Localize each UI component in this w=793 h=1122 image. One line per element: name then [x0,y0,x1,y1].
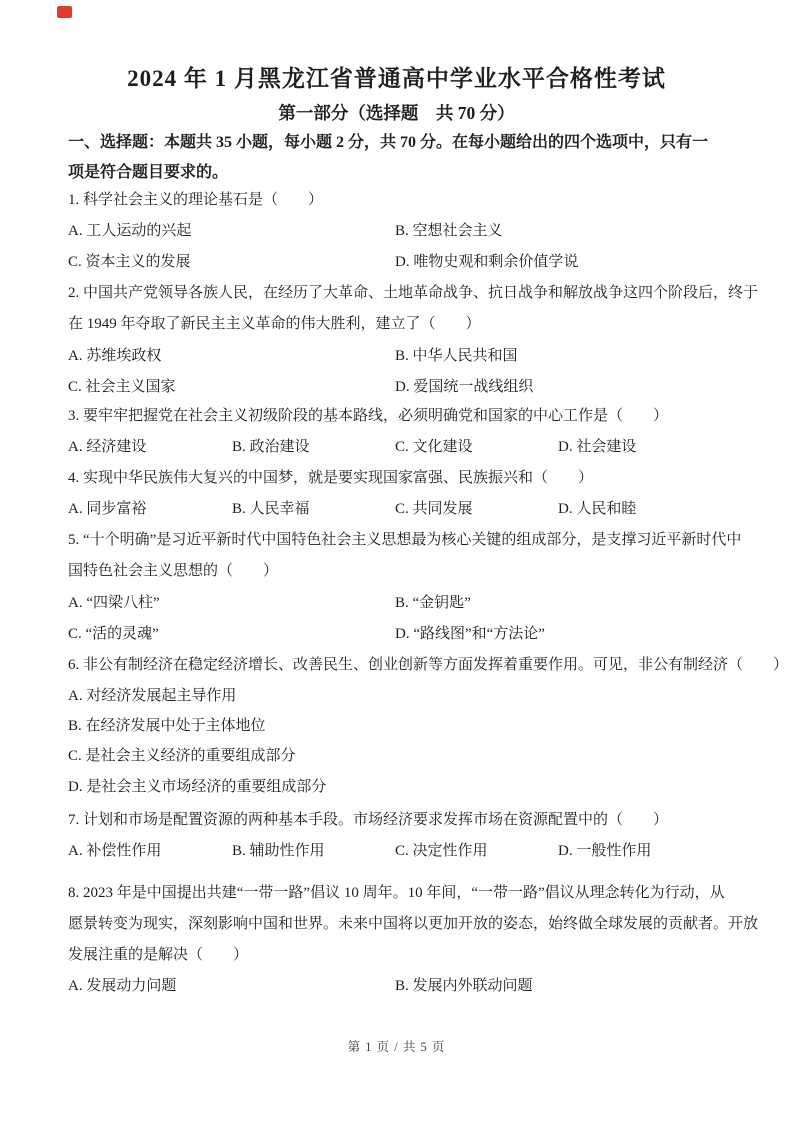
option-7c: C. 决定性作用 [395,840,488,862]
question-5-text-line-1: 5. “十个明确”是习近平新时代中国特色社会主义思想最为核心关键的组成部分，是支… [68,529,740,551]
red-stamp-icon [57,6,72,18]
exam-page: 2024 年 1 月黑龙江省普通高中学业水平合格性考试 第一部分（选择题 共 7… [0,0,793,1122]
option-1c: C. 资本主义的发展 [68,251,191,273]
option-3c: C. 文化建设 [395,436,473,458]
option-6d: D. 是社会主义市场经济的重要组成部分 [68,776,740,798]
option-8a: A. 发展动力问题 [68,975,176,997]
instructions-line-1: 一、选择题：本题共 35 小题，每小题 2 分，共 70 分。在每小题给出的四个… [68,132,740,154]
question-7-text: 7. 计划和市场是配置资源的两种基本手段。市场经济要求发挥市场在资源配置中的（ … [68,809,740,831]
page-number: 第 1 页 / 共 5 页 [0,1036,793,1058]
option-1a: A. 工人运动的兴起 [68,220,191,242]
question-1-options-row-2: C. 资本主义的发展 D. 唯物史观和剩余价值学说 [68,251,740,273]
question-8-text-line-1: 8. 2023 年是中国提出共建“一带一路”倡议 10 周年。10 年间，“一带… [68,882,740,904]
question-8-text-line-3: 发展注重的是解决（ ） [68,944,740,966]
question-4-options-row: A. 同步富裕 B. 人民幸福 C. 共同发展 D. 人民和睦 [68,498,740,520]
option-2a: A. 苏维埃政权 [68,345,161,367]
option-5a: A. “四梁八柱” [68,592,160,614]
question-2-text-line-1: 2. 中国共产党领导各族人民，在经历了大革命、土地革命战争、抗日战争和解放战争这… [68,282,740,304]
question-3-text: 3. 要牢牢把握党在社会主义初级阶段的基本路线，必须明确党和国家的中心工作是（ … [68,405,740,427]
question-2-options-row-1: A. 苏维埃政权 B. 中华人民共和国 [68,345,740,367]
exam-title: 2024 年 1 月黑龙江省普通高中学业水平合格性考试 [0,63,793,95]
question-1-options-row-1: A. 工人运动的兴起 B. 空想社会主义 [68,220,740,242]
option-6c: C. 是社会主义经济的重要组成部分 [68,745,740,767]
question-1-text: 1. 科学社会主义的理论基石是（ ） [68,189,740,211]
option-6b: B. 在经济发展中处于主体地位 [68,715,740,737]
question-3-options-row: A. 经济建设 B. 政治建设 C. 文化建设 D. 社会建设 [68,436,740,458]
option-6a: A. 对经济发展起主导作用 [68,685,740,707]
option-3d: D. 社会建设 [558,436,636,458]
option-4d: D. 人民和睦 [558,498,636,520]
option-3a: A. 经济建设 [68,436,146,458]
option-2d: D. 爱国统一战线组织 [395,376,533,398]
option-7d: D. 一般性作用 [558,840,651,862]
question-2-options-row-2: C. 社会主义国家 D. 爱国统一战线组织 [68,376,740,398]
option-2c: C. 社会主义国家 [68,376,176,398]
question-4-text: 4. 实现中华民族伟大复兴的中国梦，就是要实现国家富强、民族振兴和（ ） [68,467,740,489]
option-5c: C. “活的灵魂” [68,623,159,645]
option-4a: A. 同步富裕 [68,498,146,520]
option-1b: B. 空想社会主义 [395,220,503,242]
option-8b: B. 发展内外联动问题 [395,975,533,997]
option-4c: C. 共同发展 [395,498,473,520]
option-3b: B. 政治建设 [232,436,310,458]
question-5-options-row-1: A. “四梁八柱” B. “金钥匙” [68,592,740,614]
question-6-text: 6. 非公有制经济在稳定经济增长、改善民生、创业创新等方面发挥着重要作用。可见，… [68,654,740,676]
option-4b: B. 人民幸福 [232,498,310,520]
option-2b: B. 中华人民共和国 [395,345,518,367]
question-5-options-row-2: C. “活的灵魂” D. “路线图”和“方法论” [68,623,740,645]
question-7-options-row: A. 补偿性作用 B. 辅助性作用 C. 决定性作用 D. 一般性作用 [68,840,740,862]
option-7b: B. 辅助性作用 [232,840,325,862]
option-7a: A. 补偿性作用 [68,840,161,862]
section-heading: 第一部分（选择题 共 70 分） [0,100,793,126]
option-1d: D. 唯物史观和剩余价值学说 [395,251,578,273]
question-8-options-row: A. 发展动力问题 B. 发展内外联动问题 [68,975,740,997]
option-5b: B. “金钥匙” [395,592,471,614]
option-5d: D. “路线图”和“方法论” [395,623,545,645]
question-5-text-line-2: 国特色社会主义思想的（ ） [68,560,740,582]
question-8-text-line-2: 愿景转变为现实，深刻影响中国和世界。未来中国将以更加开放的姿态，始终做全球发展的… [68,913,740,935]
question-2-text-line-2: 在 1949 年夺取了新民主主义革命的伟大胜利，建立了（ ） [68,313,740,335]
instructions-line-2: 项是符合题目要求的。 [68,162,740,184]
